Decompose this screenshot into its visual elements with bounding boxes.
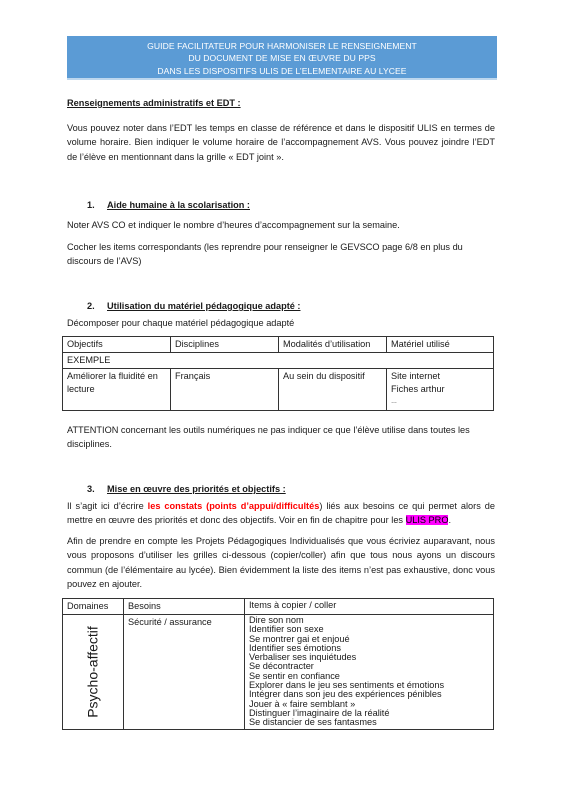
besoin-cell: Sécurité / assurance — [124, 615, 245, 730]
table-row: Améliorer la fluidité en lecture Françai… — [63, 369, 494, 411]
header-items: Items à copier / coller — [245, 599, 494, 615]
document-page: GUIDE FACILITATEUR POUR HARMONISER LE RE… — [0, 0, 565, 800]
list-item: Se distancier de ses fantasmes — [249, 718, 489, 727]
p1-text-a: Il s’agit ici d’écrire — [67, 501, 148, 511]
ulis-pro-highlight: ULIS PRO — [406, 515, 449, 525]
banner-line-3: DANS LES DISPOSITIFS ULIS DE L’ELEMENTAI… — [67, 65, 497, 77]
banner-line-2: DU DOCUMENT DE MISE EN ŒUVRE DU PPS — [67, 52, 497, 64]
section-2-intro: Décomposer pour chaque matériel pédagogi… — [67, 316, 294, 330]
section-1-number: 1. — [87, 200, 107, 210]
section-1-p1: Noter AVS CO et indiquer le nombre d’heu… — [67, 218, 497, 232]
section-3-heading: 3.Mise en œuvre des priorités et objecti… — [87, 479, 286, 497]
table-header-row: Domaines Besoins Items à copier / coller — [63, 599, 494, 615]
constats-highlight: les constats (points d’appui/difficultés — [148, 501, 320, 511]
banner-line-1: GUIDE FACILITATEUR POUR HARMONISER LE RE… — [67, 40, 497, 52]
cell-modalite: Au sein du dispositif — [279, 369, 387, 411]
section-1-title: Aide humaine à la scolarisation : — [107, 200, 250, 210]
domain-cell: Psycho-affectif — [63, 615, 124, 730]
domain-label: Psycho-affectif — [87, 626, 100, 718]
cell-materiel: Site internet Fiches arthur … — [387, 369, 494, 411]
header-materiel: Matériel utilisé — [387, 337, 494, 353]
admin-section-text: Vous pouvez noter dans l’EDT les temps e… — [67, 121, 495, 164]
table-row: EXEMPLE — [63, 353, 494, 369]
table-header-row: Objectifs Disciplines Modalités d’utilis… — [63, 337, 494, 353]
admin-section-title: Renseignements administratifs et EDT : — [67, 98, 241, 108]
materiel-item: Site internet — [391, 370, 489, 383]
cell-objectif: Améliorer la fluidité en lecture — [63, 369, 171, 411]
needs-table: Domaines Besoins Items à copier / coller… — [62, 598, 494, 730]
materiel-item: … — [391, 396, 489, 409]
section-3-number: 3. — [87, 484, 107, 494]
attention-note: ATTENTION concernant les outils numériqu… — [67, 423, 495, 452]
cell-discipline: Français — [171, 369, 279, 411]
header-disciplines: Disciplines — [171, 337, 279, 353]
table-row: Psycho-affectif Sécurité / assurance Dir… — [63, 615, 494, 730]
section-1-p2: Cocher les items correspondants (les rep… — [67, 240, 487, 269]
example-label: EXEMPLE — [63, 353, 494, 369]
material-table: Objectifs Disciplines Modalités d’utilis… — [62, 336, 494, 411]
section-2-heading: 2.Utilisation du matériel pédagogique ad… — [87, 296, 300, 314]
section-3-title: Mise en œuvre des priorités et objectifs… — [107, 484, 286, 494]
header-objectifs: Objectifs — [63, 337, 171, 353]
materiel-item: Fiches arthur — [391, 383, 489, 396]
header-domaines: Domaines — [63, 599, 124, 615]
header-modalites: Modalités d’utilisation — [279, 337, 387, 353]
header-besoins: Besoins — [124, 599, 245, 615]
title-banner: GUIDE FACILITATEUR POUR HARMONISER LE RE… — [67, 36, 497, 80]
items-cell: Dire son nomIdentifier son sexeSe montre… — [245, 615, 494, 730]
p1-text-c: . — [448, 515, 451, 525]
section-2-number: 2. — [87, 301, 107, 311]
section-1-heading: 1.Aide humaine à la scolarisation : — [87, 195, 250, 213]
section-2-title: Utilisation du matériel pédagogique adap… — [107, 301, 300, 311]
section-3-p2: Afin de prendre en compte les Projets Pé… — [67, 534, 495, 592]
section-3-p1: Il s’agit ici d’écrire les constats (poi… — [67, 499, 495, 528]
